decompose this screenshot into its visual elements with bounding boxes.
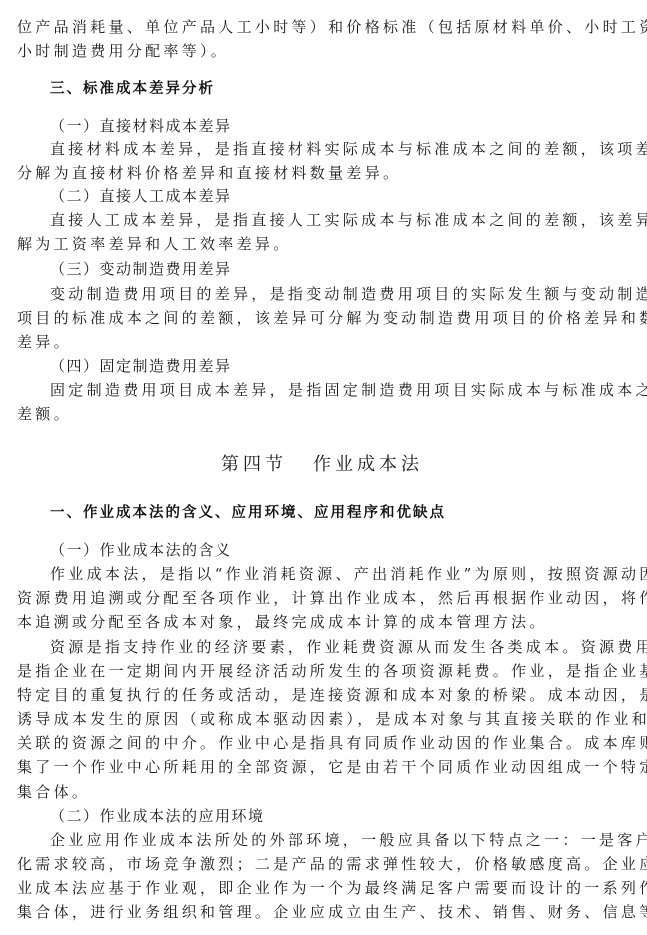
- body-text-line: 集了一个作业中心所耗用的全部资源，它是由若干个同质作业动因组成一个特定的: [17, 757, 627, 777]
- body-text-line: 分解为直接材料价格差异和直接材料数量差异。: [17, 163, 627, 183]
- body-text-line: 企业应用作业成本法所处的外部环境，一般应具备以下特点之一：一是客户个性: [50, 830, 647, 850]
- body-text-line: 位产品消耗量、单位产品人工小时等）和价格标准（包括原材料单价、小时工资率、: [17, 17, 627, 37]
- subsection-title: （二）作业成本法的应用环境: [50, 806, 647, 826]
- body-text-line: 差额。: [17, 404, 627, 424]
- body-text-line: 集合体，进行业务组织和管理。企业应成立由生产、技术、销售、财务、信息等部门: [17, 902, 627, 922]
- body-text-line: 变动制造费用项目的差异，是指变动制造费用项目的实际发生额与变动制造费用: [50, 284, 647, 304]
- body-text-line: 资源费用追溯或分配至各项作业，计算出作业成本，然后再根据作业动因，将作业成: [17, 588, 627, 608]
- section-heading: 一、作业成本法的含义、应用环境、应用程序和优缺点: [50, 503, 647, 523]
- section-number: 第四节: [221, 454, 287, 475]
- body-text-line: 差异。: [17, 332, 627, 352]
- section-name: 作业成本法: [313, 454, 423, 475]
- body-text-line: 集合体。: [17, 782, 627, 802]
- chapter-section-title: 第四节作业成本法: [17, 453, 627, 477]
- subsection-title: （二）直接人工成本差异: [50, 186, 647, 206]
- body-text-line: 化需求较高，市场竞争激烈；二是产品的需求弹性较大，价格敏感度高。企业应用作: [17, 854, 627, 874]
- body-text-line: 诱导成本发生的原因（或称成本驱动因素），是成本对象与其直接关联的作业和最终: [17, 709, 627, 729]
- subsection-title: （三）变动制造费用差异: [50, 259, 647, 279]
- body-text-line: 项目的标准成本之间的差额，该差异可分解为变动制造费用项目的价格差异和数量: [17, 308, 627, 328]
- section-heading: 三、标准成本差异分析: [50, 79, 647, 99]
- subsection-title: （一）直接材料成本差异: [50, 116, 647, 136]
- body-text-line: 直接人工成本差异，是指直接人工实际成本与标准成本之间的差额，该差异可分: [50, 210, 647, 230]
- body-text-line: 直接材料成本差异，是指直接材料实际成本与标准成本之间的差额，该项差异可: [50, 139, 647, 159]
- body-text-line: 是指企业在一定期间内开展经济活动所发生的各项资源耗费。作业，是指企业基于: [17, 661, 627, 681]
- body-text-line: 解为工资率差异和人工效率差异。: [17, 234, 627, 254]
- body-text-line: 特定目的重复执行的任务或活动，是连接资源和成本对象的桥梁。成本动因，是指: [17, 685, 627, 705]
- body-text-line: 小时制造费用分配率等）。: [17, 41, 627, 61]
- subsection-title: （一）作业成本法的含义: [50, 540, 647, 560]
- body-text-line: 本追溯或分配至各成本对象，最终完成成本计算的成本管理方法。: [17, 612, 627, 632]
- body-text-line: 关联的资源之间的中介。作业中心是指具有同质作业动因的作业集合。成本库则归: [17, 733, 627, 753]
- body-text-line: 作业成本法，是指以“作业消耗资源、产出消耗作业”为原则，按照资源动因将: [50, 564, 647, 584]
- body-text-line: 固定制造费用项目成本差异，是指固定制造费用项目实际成本与标准成本之间的: [50, 380, 647, 400]
- body-text-line: 业成本法应基于作业观，即企业作为一个为最终满足客户需要而设计的一系列作业的: [17, 878, 627, 898]
- body-text-line: 资源是指支持作业的经济要素，作业耗费资源从而发生各类成本。资源费用，: [50, 637, 647, 657]
- subsection-title: （四）固定制造费用差异: [50, 356, 647, 376]
